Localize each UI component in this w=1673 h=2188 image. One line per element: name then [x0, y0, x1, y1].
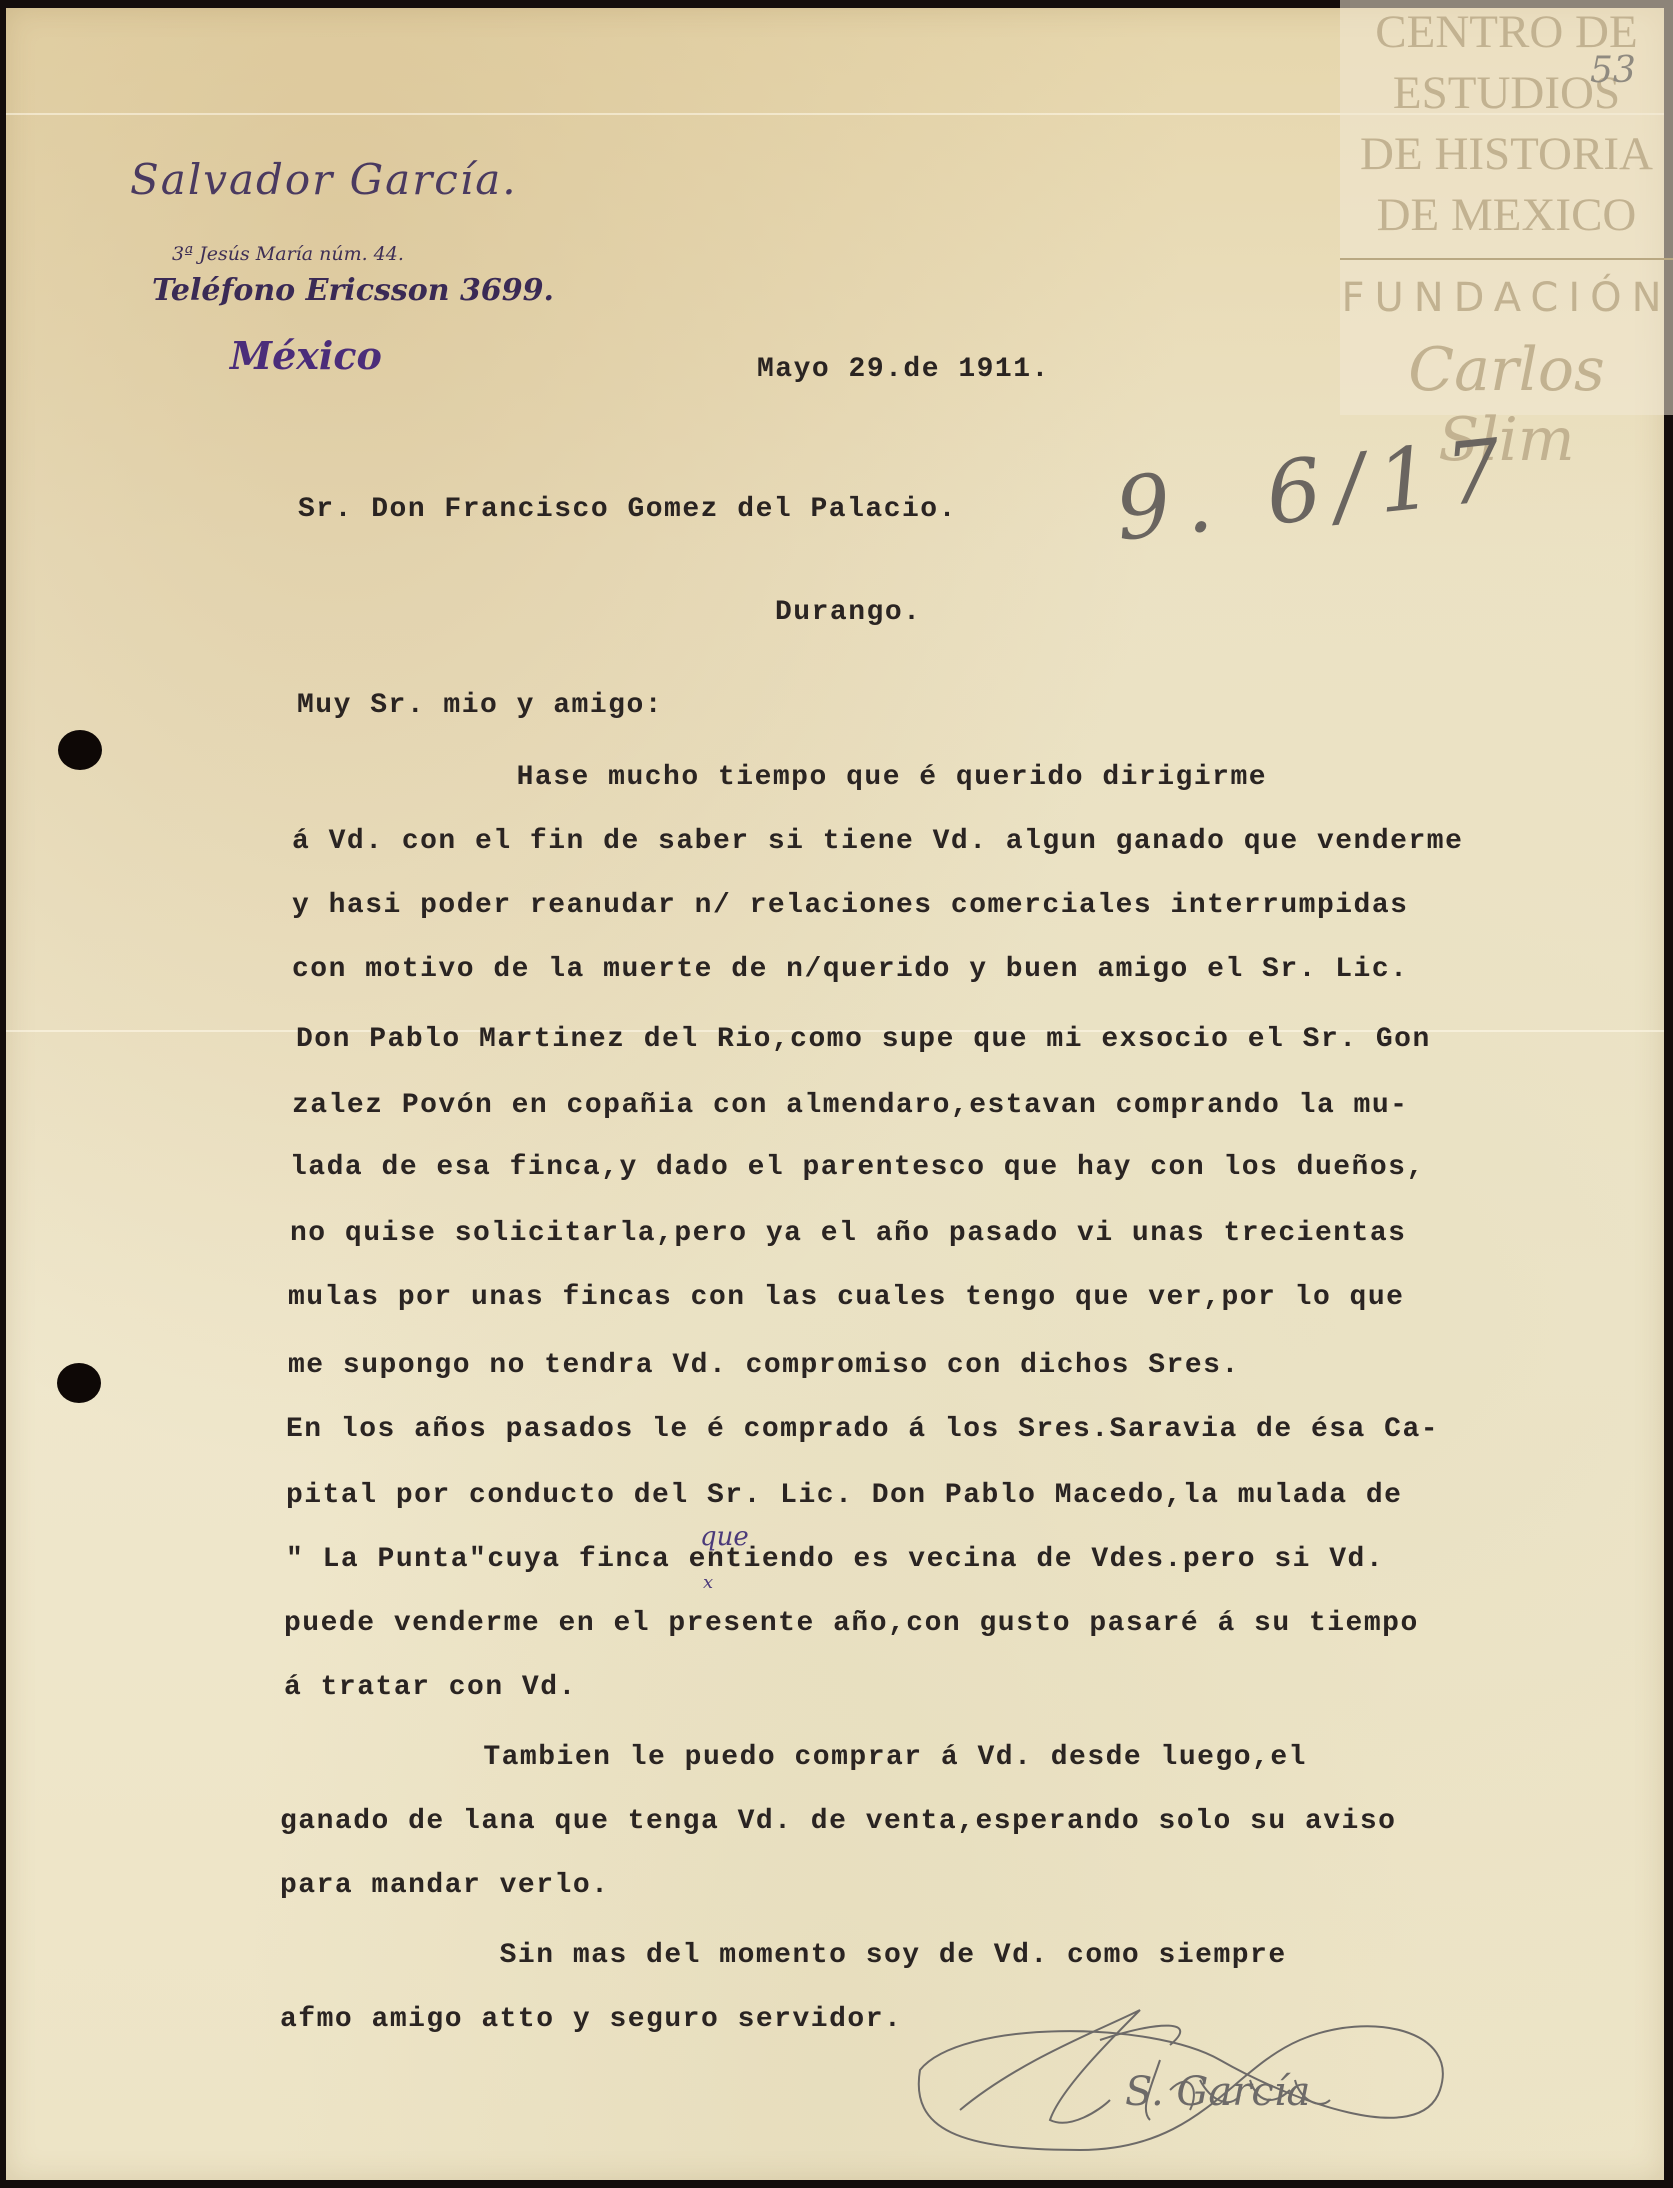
body-line: ganado de lana que tenga Vd. de venta,es…: [280, 1806, 1396, 1837]
stamp-line: DE MEXICO: [1340, 185, 1673, 246]
body-line: no quise solicitarla,pero ya el año pasa…: [290, 1218, 1406, 1249]
punch-hole: [58, 730, 102, 770]
letterhead-address: 3ª Jesús María núm. 44.: [172, 243, 404, 265]
body-line: mulas por unas fincas con las cuales ten…: [288, 1282, 1404, 1313]
body-line: para mandar verlo.: [280, 1870, 609, 1901]
handwritten-insert: que: [700, 1522, 749, 1552]
body-line: afmo amigo atto y seguro servidor.: [280, 2004, 902, 2035]
body-line: Sin mas del momento soy de Vd. como siem…: [280, 1940, 1287, 1971]
letter-place: Durango.: [775, 597, 921, 628]
body-line: me supongo no tendra Vd. compromiso con …: [288, 1350, 1240, 1381]
signature-text: S. García: [1125, 2069, 1310, 2115]
body-line: con motivo de la muerte de n/querido y b…: [292, 954, 1408, 985]
body-line: zalez Povón en copañia con almendaro,est…: [292, 1090, 1408, 1121]
folio-number: 53: [1590, 50, 1636, 91]
body-line: y hasi poder reanudar n/ relaciones come…: [292, 890, 1408, 921]
body-line: " La Punta"cuya finca entiendo es vecina…: [286, 1544, 1384, 1575]
stamp-foundation: FUNDACIÓN: [1340, 275, 1673, 321]
stamp-divider: [1340, 258, 1673, 260]
body-line: En los años pasados le é comprado á los …: [286, 1414, 1439, 1445]
letterhead-city: México: [230, 333, 382, 378]
body-line: puede venderme en el presente año,con gu…: [284, 1608, 1419, 1639]
body-line: á Vd. con el fin de saber si tiene Vd. a…: [292, 826, 1463, 857]
signature: S. García: [900, 2000, 1460, 2170]
body-line: Hase mucho tiempo que é querido dirigirm…: [297, 762, 1267, 793]
insert-mark: x: [703, 1572, 713, 1593]
body-line: lada de esa finca,y dado el parentesco q…: [290, 1152, 1425, 1183]
letterhead-name: Salvador García.: [130, 155, 518, 204]
stamp-line: DE HISTORIA: [1340, 124, 1673, 185]
letterhead-phone: Teléfono Ericsson 3699.: [152, 273, 554, 308]
letter-date: Mayo 29.de 1911.: [757, 354, 1050, 385]
letter-recipient: Sr. Don Francisco Gomez del Palacio.: [298, 494, 957, 525]
body-line: Tambien le puedo comprar á Vd. desde lue…: [282, 1742, 1307, 1773]
body-line: Don Pablo Martinez del Rio,como supe que…: [296, 1024, 1431, 1055]
body-line: á tratar con Vd.: [284, 1672, 577, 1703]
letter-salutation: Muy Sr. mio y amigo:: [297, 690, 663, 721]
body-line: pital por conducto del Sr. Lic. Don Pabl…: [286, 1480, 1402, 1511]
punch-hole: [57, 1363, 101, 1403]
